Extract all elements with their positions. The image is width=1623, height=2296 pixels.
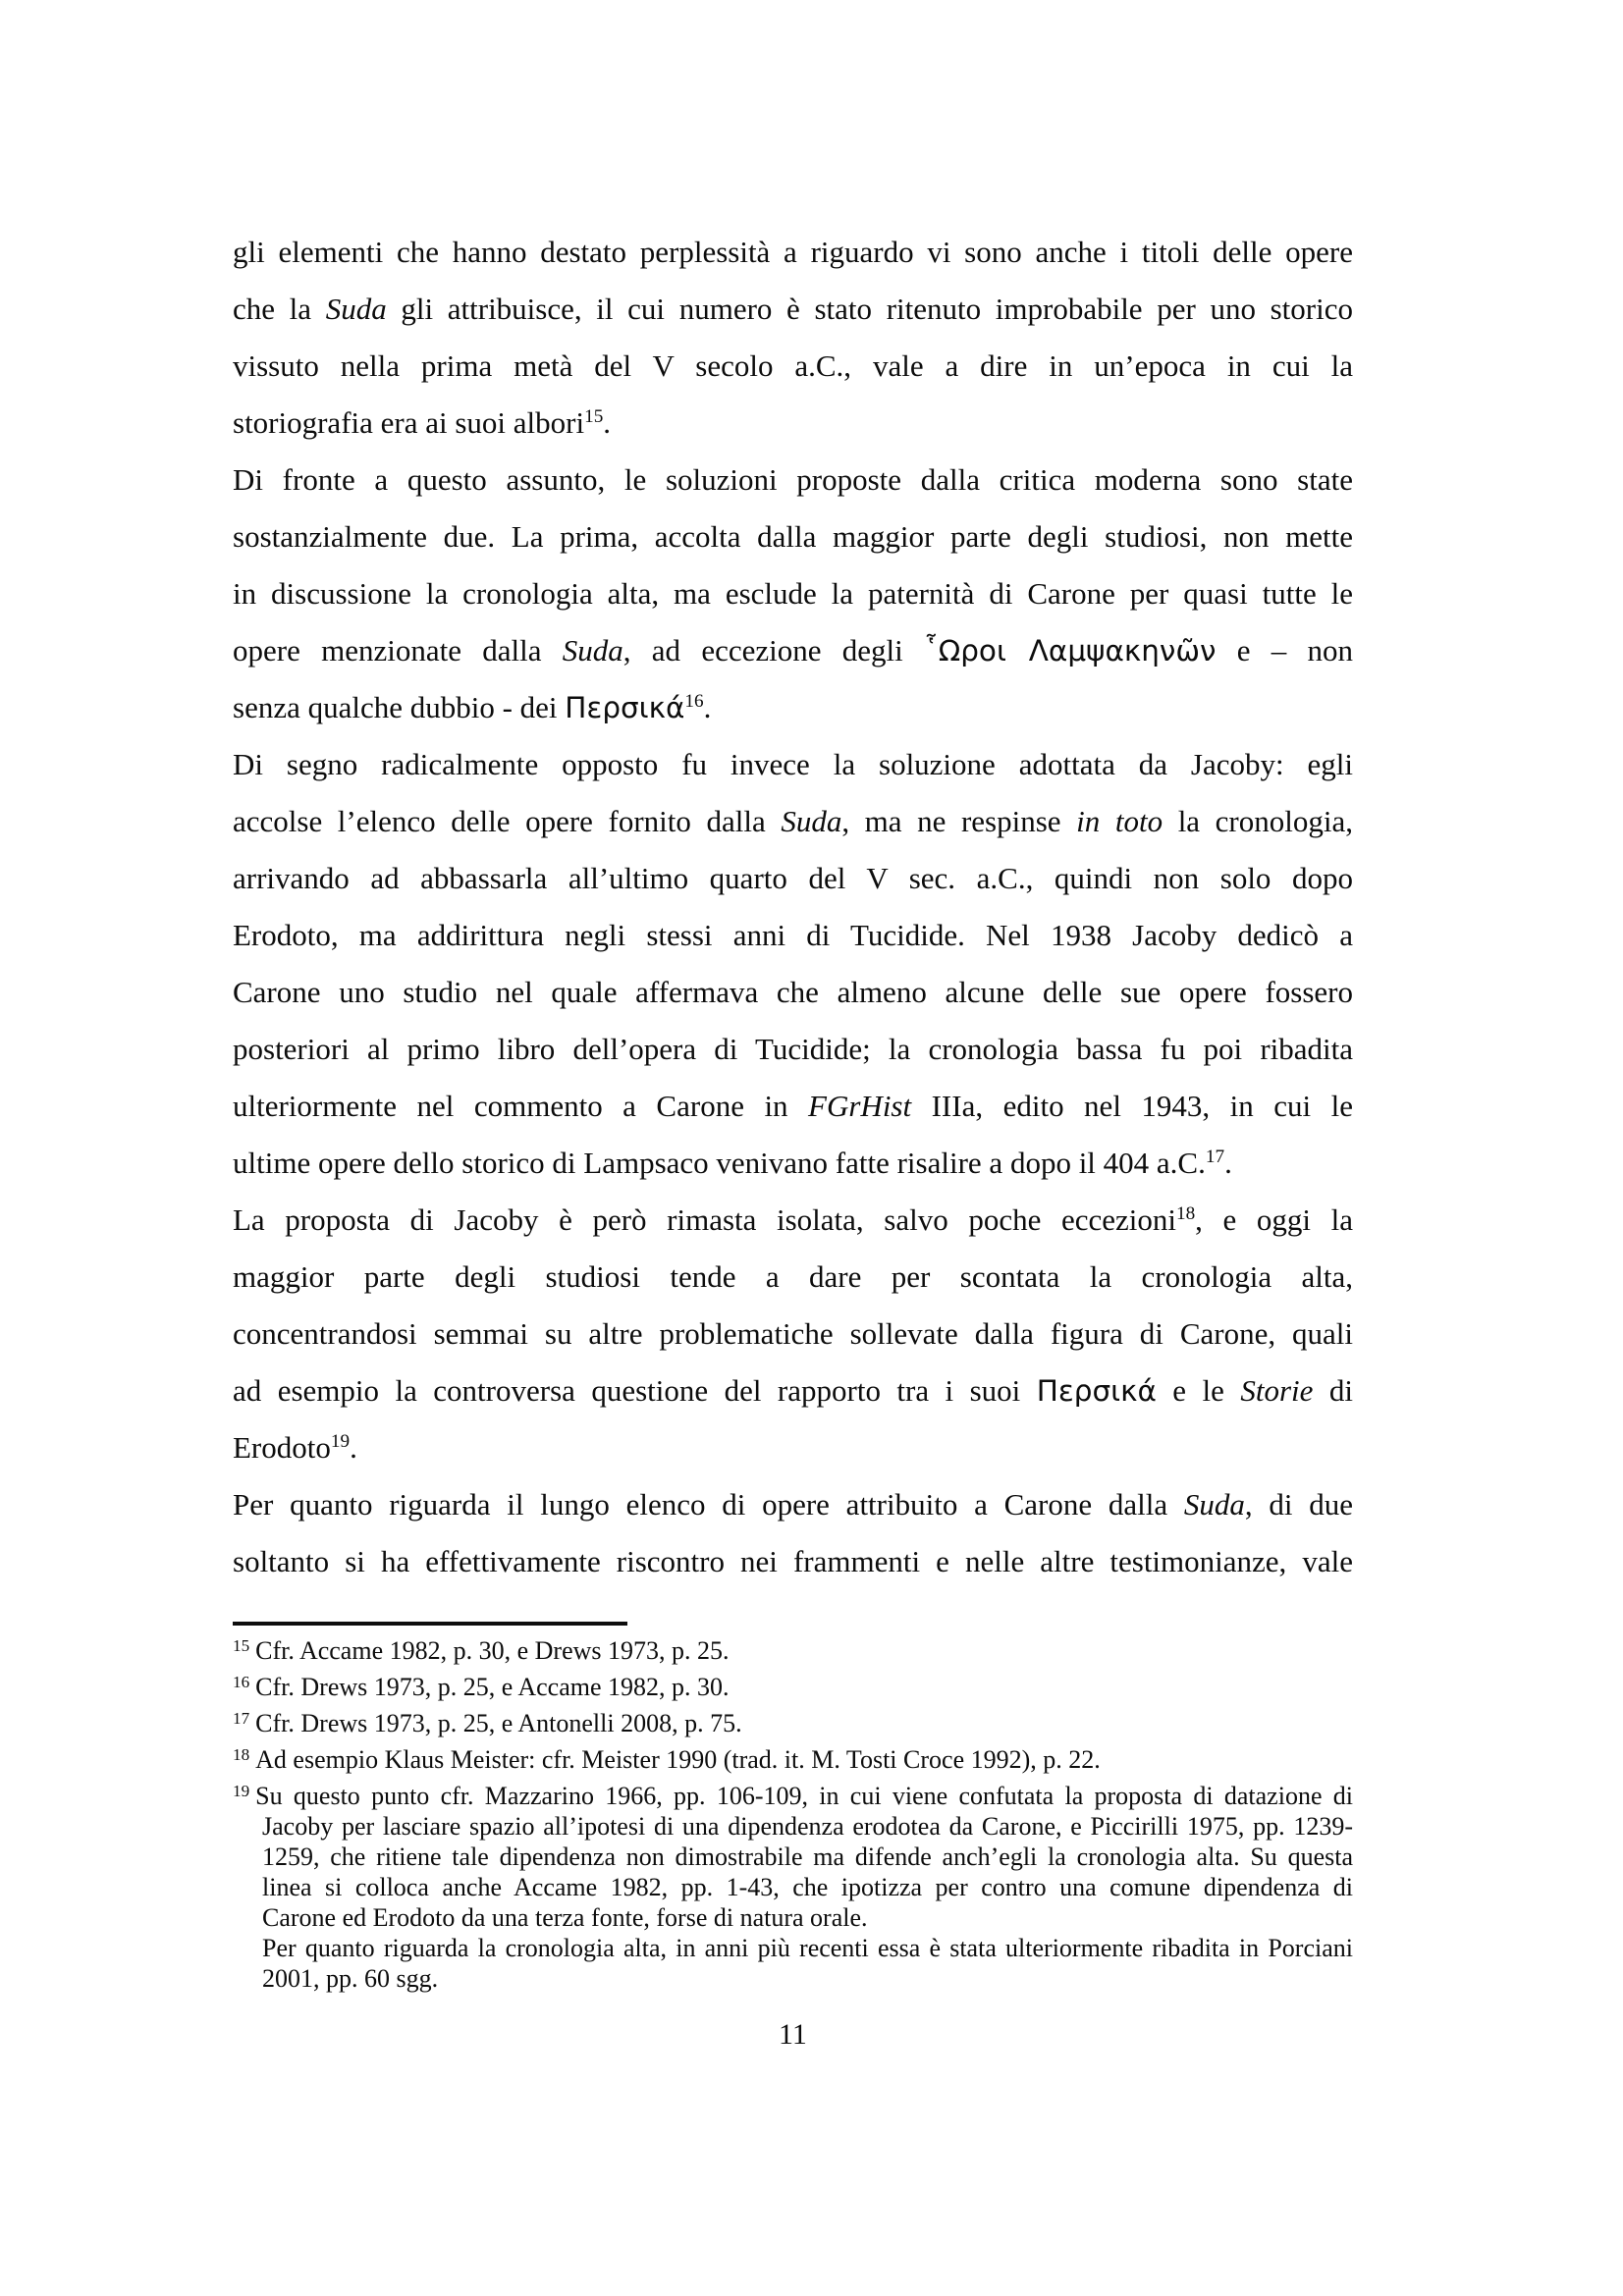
- text-span: Ad esempio Klaus Meister: cfr. Meister 1…: [255, 1745, 1101, 1774]
- text-line: posteriori al primo libro dell’opera di …: [233, 1021, 1353, 1078]
- footnote-separator: [233, 1622, 627, 1626]
- text-span: .: [350, 1430, 357, 1465]
- text-line: ad esempio la controversa questione del …: [233, 1362, 1353, 1419]
- footnote-marker: 15: [233, 1636, 255, 1655]
- footnote-marker: 17: [233, 1709, 255, 1728]
- text-span: La proposta di Jacoby è però rimasta iso…: [233, 1202, 1176, 1237]
- text-span: Erodoto: [233, 1430, 331, 1465]
- footnote-line: linea si colloca anche Accame 1982, pp. …: [233, 1872, 1353, 1902]
- text-line: opere menzionate dalla Suda, ad eccezion…: [233, 622, 1353, 679]
- text-span: Erodoto, ma addirittura negli stessi ann…: [233, 918, 1353, 952]
- text-span: Su questo punto cfr. Mazzarino 1966, pp.…: [255, 1782, 1353, 1810]
- text-span: sostanzialmente due. La prima, accolta d…: [233, 519, 1353, 554]
- text-span: opere menzionate dalla: [233, 633, 563, 667]
- footnote-line: 18Ad esempio Klaus Meister: cfr. Meister…: [233, 1744, 1353, 1775]
- text-span: Di segno radicalmente opposto fu invece …: [233, 747, 1353, 781]
- text-line: La proposta di Jacoby è però rimasta iso…: [233, 1192, 1353, 1249]
- text-span: concentrandosi semmai su altre problemat…: [233, 1316, 1353, 1351]
- text-line: Erodoto, ma addirittura negli stessi ann…: [233, 907, 1353, 964]
- text-span: accolse l’elenco delle opere fornito dal…: [233, 804, 781, 838]
- text-span: di: [1313, 1373, 1353, 1408]
- text-span: arrivando ad abbassarla all’ultimo quart…: [233, 861, 1353, 895]
- text-line: in discussione la cronologia alta, ma es…: [233, 565, 1353, 622]
- footnote-line: 17Cfr. Drews 1973, p. 25, e Antonelli 20…: [233, 1708, 1353, 1738]
- text-span: Per quanto riguarda il lungo elenco di o…: [233, 1487, 1184, 1522]
- footnote-line: 19Su questo punto cfr. Mazzarino 1966, p…: [233, 1781, 1353, 1811]
- footnote-line: Jacoby per lasciare spazio all’ipotesi d…: [233, 1811, 1353, 1842]
- text-line: senza qualche dubbio - dei Περσικά16.: [233, 679, 1353, 736]
- text-line: sostanzialmente due. La prima, accolta d…: [233, 508, 1353, 565]
- text-span: Per quanto riguarda la cronologia alta, …: [262, 1934, 1353, 1962]
- text-line: maggior parte degli studiosi tende a dar…: [233, 1249, 1353, 1306]
- footnote-ref: 19: [331, 1431, 350, 1452]
- text-span: ultime opere dello storico di Lampsaco v…: [233, 1146, 1206, 1180]
- footnote-marker: 16: [233, 1673, 255, 1691]
- text-span: Cfr. Drews 1973, p. 25, e Accame 1982, p…: [255, 1673, 729, 1701]
- footnote-ref: 15: [584, 406, 603, 427]
- text-span: Jacoby per lasciare spazio all’ipotesi d…: [262, 1812, 1353, 1841]
- text-span: ulteriormente nel commento a Carone in: [233, 1089, 808, 1123]
- text-span: soltanto si ha effettivamente riscontro …: [233, 1544, 1353, 1578]
- text-span: gli elementi che hanno destato perplessi…: [233, 235, 1353, 269]
- footnote-ref: 16: [684, 691, 703, 712]
- italic-text: FGrHist: [808, 1089, 911, 1123]
- text-span: .: [704, 690, 712, 724]
- italic-text: Storie: [1240, 1373, 1313, 1408]
- text-line: soltanto si ha effettivamente riscontro …: [233, 1533, 1353, 1590]
- footnote-line: Per quanto riguarda la cronologia alta, …: [233, 1933, 1353, 1963]
- footnote-line: 2001, pp. 60 sgg.: [233, 1963, 1353, 1994]
- italic-text: in toto: [1076, 804, 1163, 838]
- footnote-line: Carone ed Erodoto da una terza fonte, fo…: [233, 1902, 1353, 1933]
- text-span: gli attribuisce, il cui numero è stato r…: [387, 292, 1353, 326]
- text-line: accolse l’elenco delle opere fornito dal…: [233, 793, 1353, 850]
- footnote-item: 17Cfr. Drews 1973, p. 25, e Antonelli 20…: [233, 1708, 1353, 1738]
- text-span: Carone ed Erodoto da una terza fonte, fo…: [262, 1903, 868, 1932]
- text-line: vissuto nella prima metà del V secolo a.…: [233, 338, 1353, 395]
- text-line: Di segno radicalmente opposto fu invece …: [233, 736, 1353, 793]
- text-line: arrivando ad abbassarla all’ultimo quart…: [233, 850, 1353, 907]
- text-span: , ad eccezione degli: [623, 633, 924, 667]
- text-span: Cfr. Drews 1973, p. 25, e Antonelli 2008…: [255, 1709, 741, 1737]
- text-line: storiografia era ai suoi albori15.: [233, 395, 1353, 452]
- text-span: posteriori al primo libro dell’opera di …: [233, 1032, 1353, 1066]
- italic-text: Suda: [563, 633, 623, 667]
- page-number: 11: [233, 2018, 1353, 2052]
- footnote-line: 16Cfr. Drews 1973, p. 25, e Accame 1982,…: [233, 1672, 1353, 1702]
- text-span: Di fronte a questo assunto, le soluzioni…: [233, 462, 1353, 497]
- italic-text: Suda: [1184, 1487, 1245, 1522]
- greek-text: ῟Ωροι Λαμψακηνῶν: [924, 634, 1216, 667]
- footnote-marker: 19: [233, 1782, 255, 1800]
- text-span: maggior parte degli studiosi tende a dar…: [233, 1259, 1353, 1294]
- text-span: , di due: [1245, 1487, 1353, 1522]
- text-span: IIIa, edito nel 1943, in cui le: [911, 1089, 1353, 1123]
- text-span: ad esempio la controversa questione del …: [233, 1373, 1037, 1408]
- text-line: ulteriormente nel commento a Carone in F…: [233, 1078, 1353, 1135]
- text-span: 1259, che ritiene tale dipendenza non di…: [262, 1842, 1353, 1871]
- text-span: vissuto nella prima metà del V secolo a.…: [233, 348, 1353, 383]
- text-span: senza qualche dubbio - dei: [233, 690, 565, 724]
- footnote-item: 18Ad esempio Klaus Meister: cfr. Meister…: [233, 1744, 1353, 1775]
- footnote-ref: 17: [1206, 1147, 1224, 1167]
- text-line: ultime opere dello storico di Lampsaco v…: [233, 1135, 1353, 1192]
- text-span: in discussione la cronologia alta, ma es…: [233, 576, 1353, 611]
- italic-text: Suda: [781, 804, 841, 838]
- text-span: che la: [233, 292, 326, 326]
- italic-text: Suda: [326, 292, 387, 326]
- text-line: Di fronte a questo assunto, le soluzioni…: [233, 452, 1353, 508]
- document-page: gli elementi che hanno destato perplessi…: [0, 0, 1623, 2296]
- footnotes-block: 15Cfr. Accame 1982, p. 30, e Drews 1973,…: [233, 1635, 1353, 1994]
- text-span: e le: [1157, 1373, 1241, 1408]
- text-span: , e oggi la: [1195, 1202, 1353, 1237]
- text-span: Carone uno studio nel quale affermava ch…: [233, 975, 1353, 1009]
- footnote-ref: 18: [1176, 1203, 1195, 1224]
- text-span: .: [603, 405, 611, 440]
- text-line: Erodoto19.: [233, 1419, 1353, 1476]
- footnote-item: 19Su questo punto cfr. Mazzarino 1966, p…: [233, 1781, 1353, 1994]
- footnote-line: 15Cfr. Accame 1982, p. 30, e Drews 1973,…: [233, 1635, 1353, 1666]
- text-line: che la Suda gli attribuisce, il cui nume…: [233, 281, 1353, 338]
- text-line: Carone uno studio nel quale affermava ch…: [233, 964, 1353, 1021]
- text-span: 2001, pp. 60 sgg.: [262, 1964, 438, 1993]
- greek-text: Περσικά: [565, 691, 684, 724]
- footnote-line: 1259, che ritiene tale dipendenza non di…: [233, 1842, 1353, 1872]
- text-span: e – non: [1216, 633, 1353, 667]
- footnote-marker: 18: [233, 1745, 255, 1764]
- text-span: linea si colloca anche Accame 1982, pp. …: [262, 1873, 1353, 1901]
- text-span: la cronologia,: [1163, 804, 1353, 838]
- text-line: Per quanto riguarda il lungo elenco di o…: [233, 1476, 1353, 1533]
- footnote-item: 15Cfr. Accame 1982, p. 30, e Drews 1973,…: [233, 1635, 1353, 1666]
- text-span: Cfr. Accame 1982, p. 30, e Drews 1973, p…: [255, 1636, 729, 1665]
- footnote-item: 16Cfr. Drews 1973, p. 25, e Accame 1982,…: [233, 1672, 1353, 1702]
- text-span: , ma ne respinse: [841, 804, 1076, 838]
- text-line: gli elementi che hanno destato perplessi…: [233, 224, 1353, 281]
- text-span: storiografia era ai suoi albori: [233, 405, 584, 440]
- text-line: concentrandosi semmai su altre problemat…: [233, 1306, 1353, 1362]
- text-span: .: [1224, 1146, 1232, 1180]
- main-text-block: gli elementi che hanno destato perplessi…: [233, 224, 1353, 1590]
- greek-text: Περσικά: [1037, 1374, 1157, 1408]
